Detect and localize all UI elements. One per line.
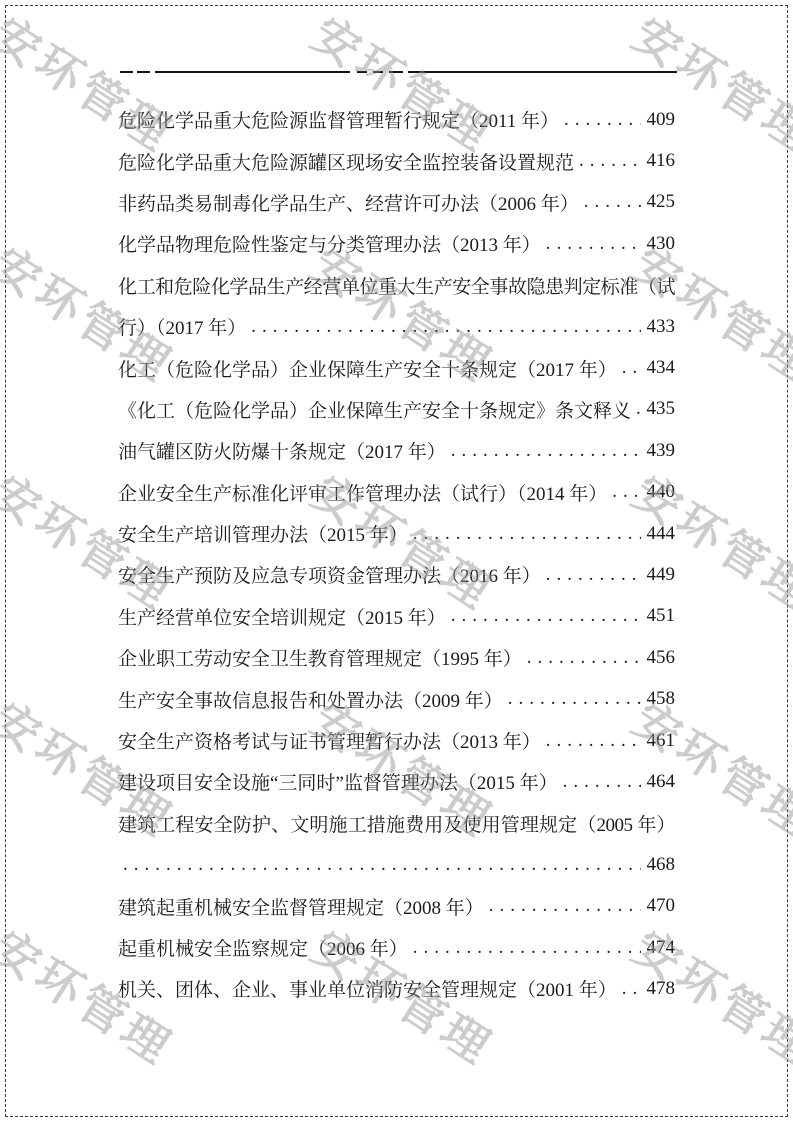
toc-page-number: 444 xyxy=(647,523,676,545)
toc-entry: 安全生产培训管理办法（2015 年）......................… xyxy=(118,513,675,554)
toc-entry: 建筑起重机械安全监督管理规定（2008 年）..................… xyxy=(118,885,675,926)
toc-leader-dots: ........................................… xyxy=(607,480,640,504)
toc-entry: 安全生产资格考试与证书管理暂行办法（2013 年）...............… xyxy=(118,720,675,761)
toc-entry-title: 行）（2017 年） xyxy=(118,313,246,340)
toc-entry-title: 安全生产资格考试与证书管理暂行办法（2013 年） xyxy=(118,727,541,754)
toc-entry-title: 建筑起重机械安全监督管理规定（2008 年） xyxy=(118,893,484,920)
toc-entry: 起重机械安全监察规定（2006 年）......................… xyxy=(118,927,675,968)
toc-page-number: 470 xyxy=(647,895,676,917)
toc-leader-dots: ........................................… xyxy=(446,439,641,463)
toc-page-number: 468 xyxy=(647,854,676,876)
toc-entry: 危险化学品重大危险源罐区现场安全监控装备设置规范................… xyxy=(118,140,675,181)
toc-entry: 《化工（危险化学品）企业保障生产安全十条规定》条文释义.............… xyxy=(118,389,675,430)
toc-entry-title: 非药品类易制毒化学品生产、经营许可办法（2006 年） xyxy=(118,189,579,216)
toc-leader-dots: ........................................… xyxy=(522,646,641,670)
toc-entry-title: 化工（危险化学品）企业保障生产安全十条规定（2017 年） xyxy=(118,355,617,382)
toc-leader-dots: ........................................… xyxy=(631,397,640,421)
toc-entry: 化工和危险化学品生产经营单位重大生产安全事故隐患判定标准（试 xyxy=(118,265,675,306)
toc-leader-dots: ........................................… xyxy=(579,190,641,214)
toc-leader-dots: ........................................… xyxy=(541,232,641,256)
toc-entry: 企业职工劳动安全卫生教育管理规定（1995 年）................… xyxy=(118,637,675,678)
toc-page-number: 425 xyxy=(647,191,676,213)
toc-leader-dots: ........................................… xyxy=(408,522,641,546)
toc-leader-dots: ........................................… xyxy=(408,936,641,960)
toc-page-number: 478 xyxy=(647,978,676,1000)
toc-entry: 行）（2017 年）..............................… xyxy=(118,306,675,347)
toc-page-number: 451 xyxy=(647,605,676,627)
toc-leader-dots: ........................................… xyxy=(503,687,641,711)
toc-entry-title: 生产经营单位安全培训规定（2015 年） xyxy=(118,603,446,630)
toc-page-number: 474 xyxy=(647,937,676,959)
toc-entry: 建筑工程安全防护、文明施工措施费用及使用管理规定（2005 年） xyxy=(118,803,675,844)
toc-page-number: 435 xyxy=(647,398,676,420)
toc-leader-dots: ........................................… xyxy=(617,356,641,380)
table-of-contents: 危险化学品重大危险源监督管理暂行规定（2011 年）..............… xyxy=(118,99,675,1010)
toc-leader-dots: ........................................… xyxy=(541,563,641,587)
toc-page-number: 440 xyxy=(647,481,676,503)
toc-entry: 化学品物理危险性鉴定与分类管理办法（2013 年）...............… xyxy=(118,223,675,264)
toc-page-number: 449 xyxy=(647,564,676,586)
toc-entry: 机关、团体、企业、事业单位消防安全管理规定（2001 年）...........… xyxy=(118,968,675,1009)
toc-leader-dots: ........................................… xyxy=(558,770,641,794)
toc-leader-dots: ........................................… xyxy=(246,315,640,339)
toc-entry-title: 生产安全事故信息报告和处置办法（2009 年） xyxy=(118,686,503,713)
toc-entry-title: 安全生产培训管理办法（2015 年） xyxy=(118,520,408,547)
toc-page-number: 458 xyxy=(647,688,676,710)
toc-leader-dots: ........................................… xyxy=(541,729,641,753)
toc-entry: 企业安全生产标准化评审工作管理办法（试行）（2014 年）...........… xyxy=(118,472,675,513)
toc-entry-title: 起重机械安全监察规定（2006 年） xyxy=(118,934,408,961)
toc-entry-title: 危险化学品重大危险源罐区现场安全监控装备设置规范 xyxy=(118,148,574,175)
toc-entry: 危险化学品重大危险源监督管理暂行规定（2011 年）..............… xyxy=(118,99,675,140)
toc-leader-dots: ........................................… xyxy=(446,604,641,628)
toc-entry: ........................................… xyxy=(118,844,675,885)
toc-page-number: 456 xyxy=(647,647,676,669)
toc-page-number: 416 xyxy=(647,150,676,172)
toc-entry-title: 危险化学品重大危险源监督管理暂行规定（2011 年） xyxy=(118,106,559,133)
toc-leader-dots: ........................................… xyxy=(118,853,641,877)
toc-page-number: 464 xyxy=(647,771,676,793)
toc-leader-dots: ........................................… xyxy=(574,149,640,173)
document-page: { "page": { "watermark_text": "安环管理" }, … xyxy=(0,0,793,1122)
toc-entry-title: 安全生产预防及应急专项资金管理办法（2016 年） xyxy=(118,561,541,588)
toc-page-number: 461 xyxy=(647,730,676,752)
toc-page-number: 439 xyxy=(647,440,676,462)
header-rule xyxy=(120,71,677,73)
toc-entry-title: 建筑工程安全防护、文明施工措施费用及使用管理规定（2005 年） xyxy=(118,810,675,837)
toc-entry-title: 机关、团体、企业、事业单位消防安全管理规定（2001 年） xyxy=(118,975,617,1002)
toc-leader-dots: ........................................… xyxy=(484,894,641,918)
toc-page-number: 434 xyxy=(647,357,676,379)
toc-entry: 生产经营单位安全培训规定（2015 年）....................… xyxy=(118,596,675,637)
toc-leader-dots: ........................................… xyxy=(617,977,641,1001)
toc-entry-title: 建设项目安全设施“三同时”监督管理办法（2015 年） xyxy=(118,768,558,795)
toc-entry: 建设项目安全设施“三同时”监督管理办法（2015 年）.............… xyxy=(118,761,675,802)
toc-entry: 非药品类易制毒化学品生产、经营许可办法（2006 年）.............… xyxy=(118,182,675,223)
toc-entry-title: 企业安全生产标准化评审工作管理办法（试行）（2014 年） xyxy=(118,479,607,506)
toc-page-number: 430 xyxy=(647,233,676,255)
toc-entry-title: 企业职工劳动安全卫生教育管理规定（1995 年） xyxy=(118,644,522,671)
toc-entry: 化工（危险化学品）企业保障生产安全十条规定（2017 年）...........… xyxy=(118,347,675,388)
toc-entry: 油气罐区防火防爆十条规定（2017 年）....................… xyxy=(118,430,675,471)
toc-entry: 生产安全事故信息报告和处置办法（2009 年）.................… xyxy=(118,678,675,719)
toc-page-number: 409 xyxy=(647,109,676,131)
toc-leader-dots: ........................................… xyxy=(559,108,640,132)
toc-entry-title: 化学品物理危险性鉴定与分类管理办法（2013 年） xyxy=(118,230,541,257)
toc-entry-title: 化工和危险化学品生产经营单位重大生产安全事故隐患判定标准（试 xyxy=(118,272,675,299)
toc-page-number: 433 xyxy=(647,316,676,338)
toc-entry-title: 油气罐区防火防爆十条规定（2017 年） xyxy=(118,437,446,464)
toc-entry: 安全生产预防及应急专项资金管理办法（2016 年）...............… xyxy=(118,554,675,595)
toc-entry-title: 《化工（危险化学品）企业保障生产安全十条规定》条文释义 xyxy=(118,396,631,423)
